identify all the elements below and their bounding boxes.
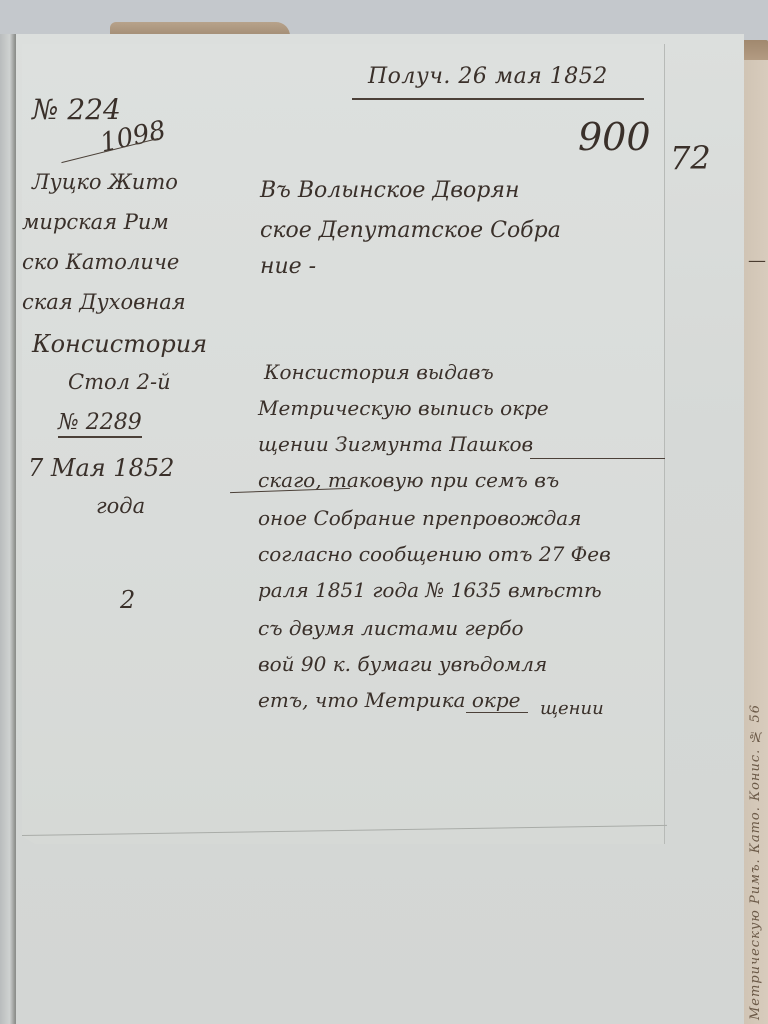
outgoing-number: № 2289	[58, 412, 142, 438]
body-line-3: щении Зигмунта Пашков	[258, 434, 533, 454]
body-line-11: щении	[540, 700, 604, 718]
underlying-page-vertical-text: Метрическую Римъ. Като. Конис. № 56	[748, 540, 768, 1020]
addressee-line-2: ское Депутатское Собра	[260, 220, 561, 242]
body-line-7: раля 1851 года № 1635 вмѣстѣ	[258, 580, 602, 600]
body-underline-surname	[530, 458, 665, 459]
body-line-1: Консистория выдавъ	[264, 362, 494, 382]
side-number: 72	[670, 142, 711, 174]
line-filler-dash	[466, 712, 528, 713]
body-line-2: Метрическую выпись окре	[258, 398, 549, 418]
addressee-line-3: ние -	[260, 256, 316, 278]
sender-line-1: Луцко Жито	[32, 172, 178, 193]
body-line-9: вой 90 к. бумаги увѣдомля	[258, 654, 547, 674]
body-line-10: етъ, что Метрика окре	[258, 690, 520, 710]
registry-entry-number: № 224	[32, 96, 121, 124]
received-note: Получ. 26 мая 1852	[368, 66, 608, 88]
outgoing-date: 7 Мая 1852	[28, 456, 174, 480]
sender-line-3: ско Католиче	[22, 252, 179, 273]
sender-desk: Стол 2-й	[68, 372, 171, 393]
sender-line-5: Консистория	[32, 332, 207, 356]
sender-line-4: ская Духовная	[22, 292, 186, 313]
folio-number: 900	[578, 118, 651, 156]
sender-line-2: мирская Рим	[22, 212, 169, 233]
body-line-8: съ двумя листами гербо	[258, 618, 524, 638]
body-line-5: оное Собрание препровождая	[258, 508, 581, 528]
page-marker: 2	[120, 588, 135, 612]
underlying-page-mark: —	[748, 250, 766, 271]
outgoing-date-suffix: года	[96, 496, 145, 517]
addressee-line-1: Въ Волынское Дворян	[260, 180, 519, 202]
binding-spine	[0, 34, 16, 1024]
received-note-underline	[352, 98, 644, 100]
body-line-4: скаго, таковую при семъ въ	[258, 470, 559, 490]
body-line-6: согласно сообщению отъ 27 Фев	[258, 544, 611, 564]
